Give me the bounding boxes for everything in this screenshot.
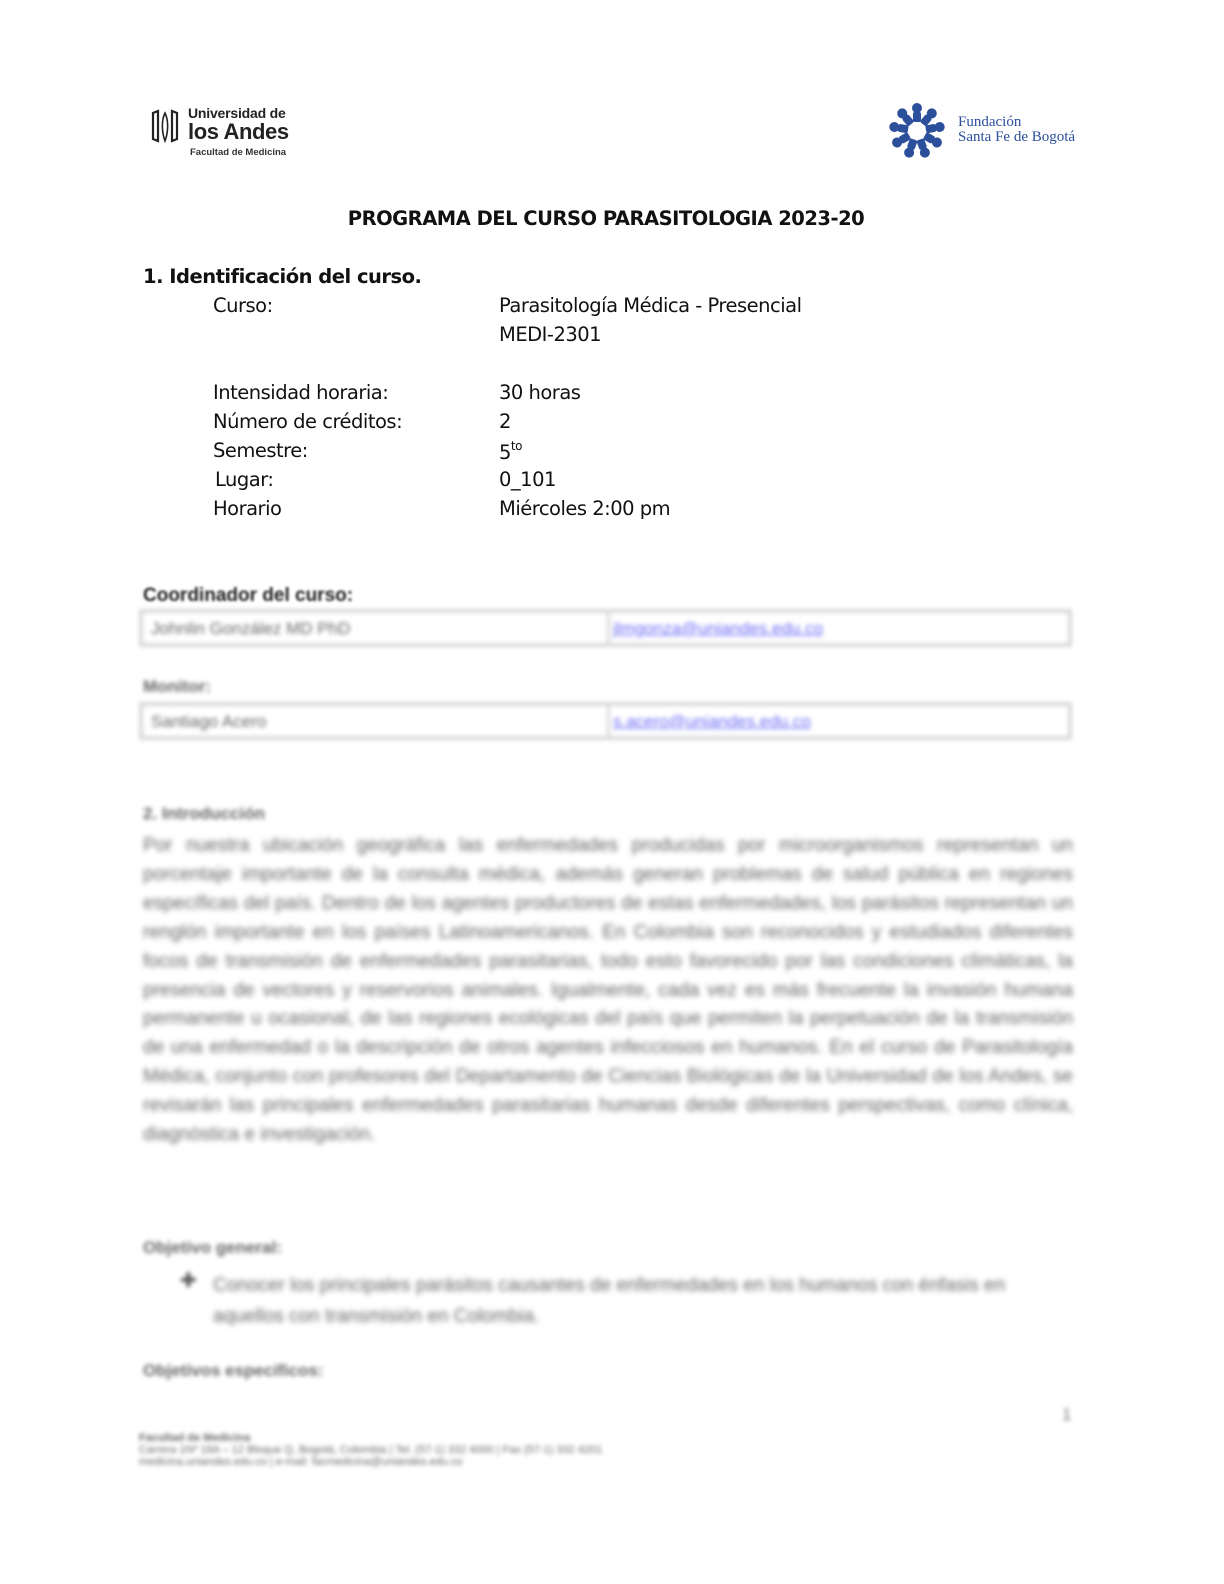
location-label: Lugar:	[215, 468, 273, 491]
hours-label: Intensidad horaria:	[213, 381, 388, 404]
footer-line3: medicina.uniandes.edu.co | e-mail: facme…	[139, 1456, 602, 1468]
bullet-plus-icon: ✚	[180, 1268, 197, 1293]
schedule-label: Horario	[213, 497, 281, 520]
fsfb-logo-line2: Santa Fe de Bogotá	[958, 130, 1075, 145]
section-identification-heading: 1. Identificación del curso.	[143, 265, 421, 288]
location-value: 0_101	[499, 468, 556, 491]
credits-value: 2	[499, 410, 511, 433]
coordinator-heading: Coordinador del curso:	[143, 585, 353, 607]
hours-value: 30 horas	[499, 381, 580, 404]
schedule-value: Miércoles 2:00 pm	[499, 497, 670, 520]
course-value: Parasitología Médica - Presencial	[499, 294, 802, 317]
fsfb-people-circle-icon	[886, 100, 948, 162]
general-objective-heading: Objetivo general:	[143, 1238, 282, 1258]
credits-label: Número de créditos:	[213, 410, 402, 433]
monitor-email-link[interactable]: s.acero@uniandes.edu.co	[613, 712, 811, 732]
monitor-table: Santiago Acero s.acero@uniandes.edu.co	[139, 702, 1072, 740]
general-objective-item: Conocer los principales parásitos causan…	[213, 1270, 1073, 1332]
uniandes-logo-line3: Facultad de Medicina	[190, 147, 286, 158]
footer-line1: Facultad de Medicina	[139, 1432, 602, 1444]
universidad-de-los-andes-logo: Universidad de los Andes Facultad de Med…	[148, 103, 298, 161]
page-number: 1	[1062, 1405, 1071, 1425]
semester-label: Semestre:	[213, 439, 308, 462]
table-divider	[607, 613, 610, 643]
course-code-value: MEDI-2301	[499, 323, 601, 346]
introduction-heading: 2. Introducción	[143, 804, 265, 824]
document-title: PROGRAMA DEL CURSO PARASITOLOGIA 2023-20	[0, 207, 1212, 230]
coordinator-email-link[interactable]: jlmgonza@uniandes.edu.co	[613, 619, 823, 639]
table-divider	[607, 706, 610, 736]
uniandes-emblem-icon	[150, 107, 180, 145]
fsfb-logo-line1: Fundación	[958, 115, 1021, 130]
uniandes-logo-line2: los Andes	[188, 119, 289, 145]
semester-value: 5to	[499, 439, 522, 464]
course-label: Curso:	[213, 294, 273, 317]
monitor-heading: Monitor:	[143, 677, 211, 697]
coordinator-name: Johnlin González MD PhD	[151, 619, 350, 639]
introduction-body: Por nuestra ubicación geográfica las enf…	[143, 832, 1073, 1150]
page-footer: Facultad de Medicina Carrera 1Nº 18A – 1…	[139, 1432, 602, 1468]
specific-objectives-heading: Objetivos específicos:	[143, 1361, 323, 1381]
monitor-name: Santiago Acero	[151, 712, 266, 732]
footer-line2: Carrera 1Nº 18A – 12 Bloque Q, Bogotá, C…	[139, 1444, 602, 1456]
coordinator-table: Johnlin González MD PhD jlmgonza@uniande…	[139, 609, 1072, 647]
fundacion-santa-fe-logo: Fundación Santa Fe de Bogotá	[886, 100, 1076, 164]
